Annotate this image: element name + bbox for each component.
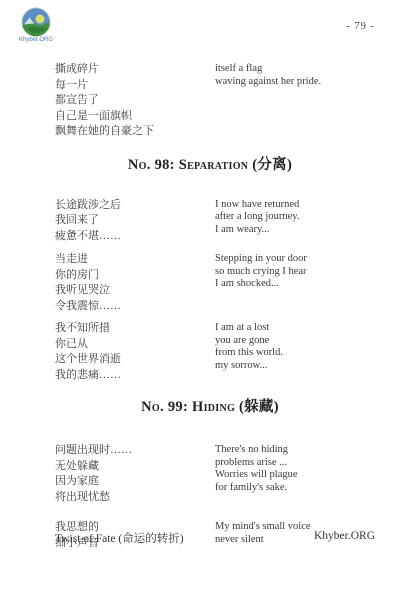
- globe-logo-icon: [21, 7, 51, 37]
- stanza-chinese: 撕成碎片 每一片 都宣告了 自己是一面旗帜 飘舞在她的自豪之下: [55, 62, 215, 140]
- stanza-chinese: 我不知所措 你已从 这个世界消逝 我的悲痛……: [55, 321, 215, 383]
- stanza: 撕成碎片 每一片 都宣告了 自己是一面旗帜 飘舞在她的自豪之下 itself a…: [0, 62, 420, 140]
- page-number: - 79 -: [346, 21, 375, 32]
- page-footer: Twist of Fate (命运的转折) Khyber.ORG: [55, 530, 375, 546]
- stanza: 当走进 你的房门 我听见哭泣 令我震惊…… Stepping in your d…: [0, 252, 420, 314]
- stanza: 我不知所措 你已从 这个世界消逝 我的悲痛…… I am at a lost y…: [0, 321, 420, 383]
- stanza-english: I am at a lost you are gone from this wo…: [215, 321, 392, 383]
- stanza-english: itself a flag waving against her pride.: [215, 62, 392, 140]
- stanza-english: Stepping in your door so much crying I h…: [215, 252, 392, 314]
- stanza: 问题出现时…… 无处躲藏 因为家庭 将出现忧愁 There's no hidin…: [0, 443, 420, 505]
- footer-book-title: Twist of Fate (命运的转折): [55, 530, 184, 546]
- footer-site-name: Khyber.ORG: [314, 530, 375, 546]
- document-page: Khyber.ORG - 79 - 撕成碎片 每一片 都宣告了 自己是一面旗帜 …: [0, 0, 420, 594]
- poem-heading-99: No. 99: Hiding (躲藏): [0, 395, 420, 416]
- stanza-chinese: 长途跋涉之后 我回来了 疲惫不堪……: [55, 198, 215, 245]
- stanza-chinese: 问题出现时…… 无处躲藏 因为家庭 将出现忧愁: [55, 443, 215, 505]
- stanza-chinese: 当走进 你的房门 我听见哭泣 令我震惊……: [55, 252, 215, 314]
- page-content: 撕成碎片 每一片 都宣告了 自己是一面旗帜 飘舞在她的自豪之下 itself a…: [0, 0, 420, 551]
- stanza-english: There's no hiding problems arise ... Wor…: [215, 443, 392, 505]
- stanza-english: I now have returned after a long journey…: [215, 198, 392, 245]
- logo-caption: Khyber.ORG: [17, 37, 55, 44]
- stanza: 长途跋涉之后 我回来了 疲惫不堪…… I now have returned a…: [0, 198, 420, 245]
- poem-heading-98: No. 98: Separation (分离): [0, 153, 420, 174]
- site-logo: Khyber.ORG: [17, 7, 55, 44]
